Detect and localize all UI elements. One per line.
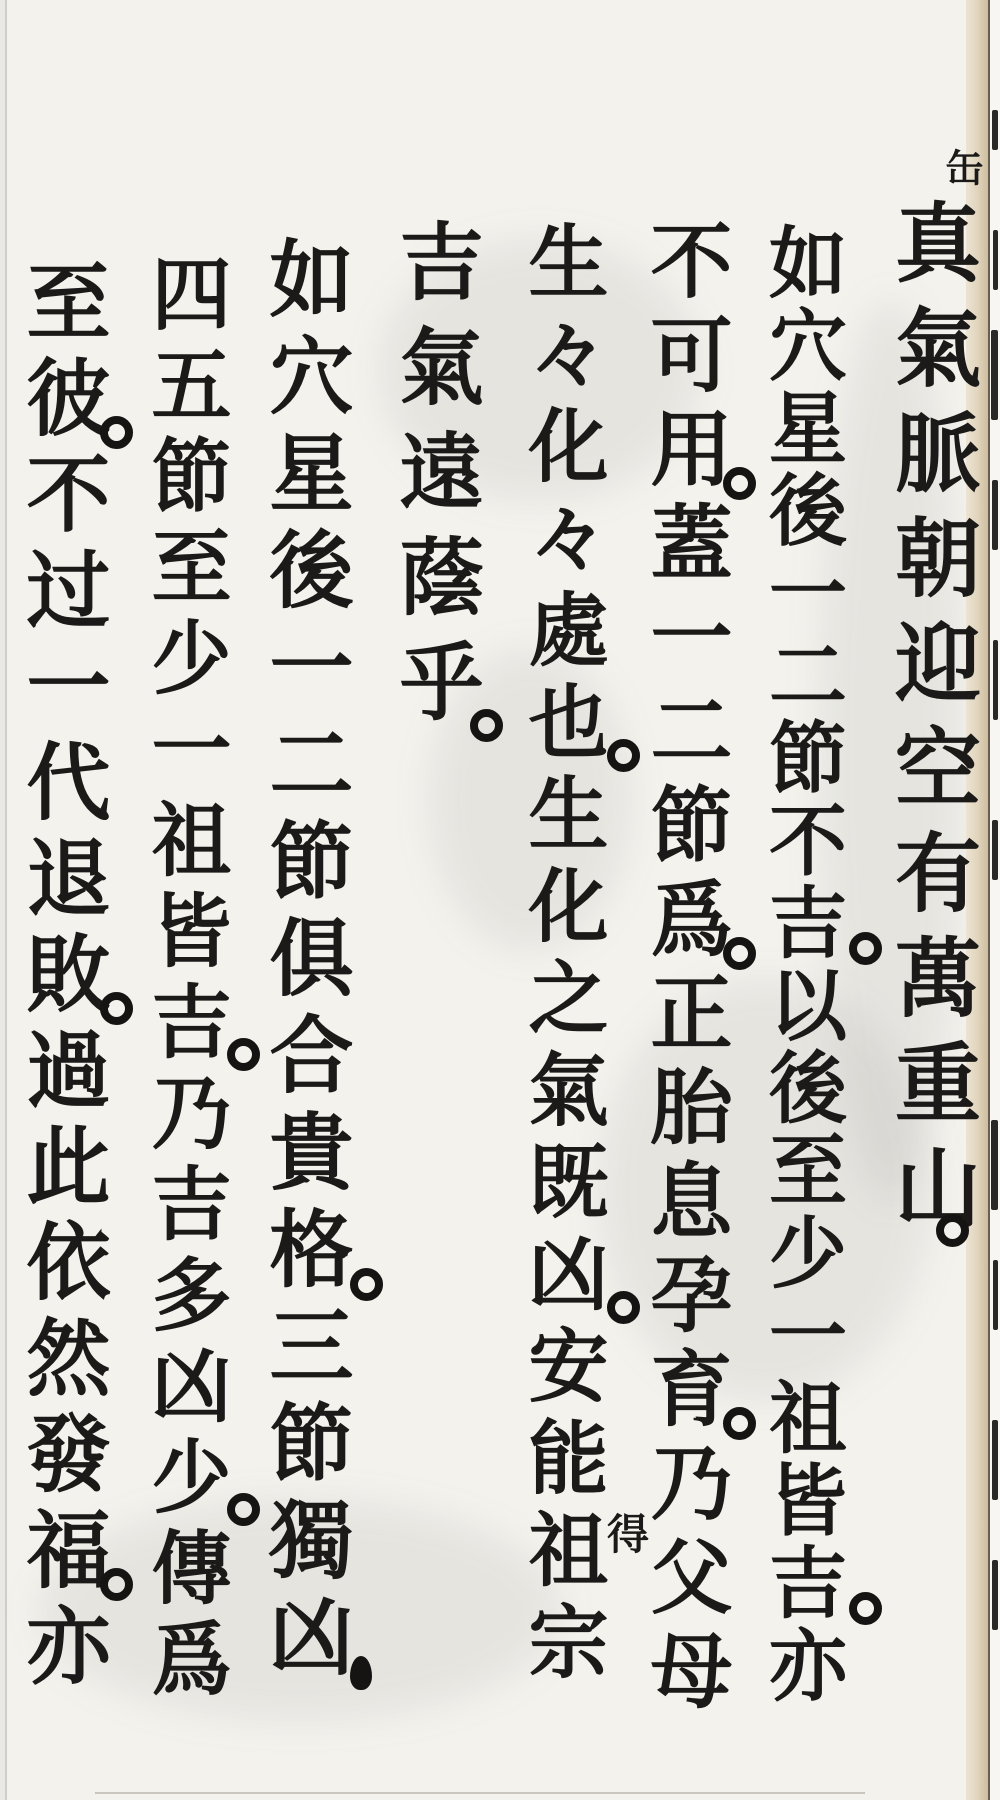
punctuation-circle: 。: [936, 1214, 969, 1247]
text-segment: 蓋一二節爲: [637, 500, 733, 970]
text-column-4: 生々化々處也。生化之氣既凶。安能祖宗: [522, 220, 602, 1692]
punctuation-circle: 。: [227, 1038, 260, 1071]
text-segment: 祖宗: [515, 1508, 609, 1692]
text-column-3: 不可用。蓋一二節爲。正胎息孕育。乃父母: [644, 218, 726, 1722]
text-column-5: 吉氣遠蔭乎。: [393, 218, 477, 743]
punctuation-circle: 。: [470, 709, 503, 742]
punctuation-circle: 。: [100, 1568, 133, 1601]
text-segment: 亦: [13, 1602, 112, 1698]
text-segment: 生々化々處也: [515, 220, 609, 772]
adjacent-page-glyph-fragment: [992, 1420, 998, 1500]
adjacent-page-glyph-fragment: [992, 820, 998, 880]
text-column-6: 如穴星後一二節俱合貴格。三節獨凶。: [263, 235, 347, 1690]
text-segment: 過此依然發福: [13, 1026, 112, 1602]
text-column-1: 真氣脈朝迎空有萬重山。: [887, 198, 973, 1248]
margin-annotation-top: 缶: [942, 148, 980, 186]
text-segment: 四五節至少一祖皆吉: [138, 252, 232, 1071]
text-segment: 乃吉多凶少: [138, 1071, 232, 1526]
adjacent-page-glyph-fragment: [991, 330, 998, 420]
text-segment: 乃父母: [637, 1440, 733, 1722]
text-segment: 以後至少一祖皆吉: [756, 965, 847, 1625]
punctuation-circle: 。: [849, 1592, 882, 1625]
punctuation-circle: 。: [227, 1493, 260, 1526]
punctuation-circle: 。: [723, 1407, 756, 1440]
text-segment: 至彼: [13, 258, 112, 450]
text-segment: 如穴星後一二節不吉: [756, 222, 847, 965]
punctuation-circle: 。: [849, 932, 882, 965]
punctuation-circle: 。: [607, 1291, 640, 1324]
text-column-8: 至彼。不过一代退敗。過此依然發福。亦: [20, 258, 104, 1698]
punctuation-circle: 。: [100, 416, 133, 449]
adjacent-page-glyph-fragment: [991, 1120, 998, 1210]
text-segment: 三節獨凶: [256, 1302, 355, 1690]
adjacent-page-glyph-fragment: [993, 1260, 998, 1330]
text-segment: 安能: [515, 1324, 609, 1508]
punctuation-circle: 。: [350, 1268, 383, 1301]
text-segment: 生化之氣既凶: [515, 772, 609, 1324]
page-left-border-line: [5, 0, 7, 1800]
adjacent-page-glyph-fragment: [993, 640, 998, 720]
text-segment: 如穴星後一二節俱合貴格: [256, 235, 355, 1302]
page-bottom-line: [95, 1792, 865, 1794]
text-segment: 亦: [756, 1625, 847, 1708]
punctuation-circle: 。: [723, 937, 756, 970]
text-segment: 吉氣遠蔭乎: [386, 218, 485, 743]
text-segment: 正胎息孕育: [637, 970, 733, 1440]
adjacent-page-glyph-fragment: [993, 230, 998, 290]
adjacent-page-glyph-fragment: [992, 110, 998, 150]
text-segment: 傳爲: [138, 1526, 232, 1708]
punctuation-circle: 。: [723, 467, 756, 500]
punctuation-circle: 。: [607, 739, 640, 772]
adjacent-page-glyph-fragment: [992, 1560, 998, 1630]
text-segment: 不过一代退敗: [13, 450, 112, 1026]
text-column-2: 如穴星後一二節不吉。以後至少一祖皆吉。亦: [762, 222, 840, 1707]
adjacent-page-glyph-fragment: [992, 480, 998, 550]
text-segment: 不可用: [637, 218, 733, 500]
punctuation-circle-filled: 。: [350, 1656, 372, 1690]
punctuation-circle: 。: [100, 992, 133, 1025]
text-segment: 真氣脈朝迎空有萬重山: [880, 198, 981, 1248]
adjacent-page-strip: [990, 0, 1000, 1800]
text-column-7: 四五節至少一祖皆吉。乃吉多凶少。傳爲: [145, 252, 225, 1708]
